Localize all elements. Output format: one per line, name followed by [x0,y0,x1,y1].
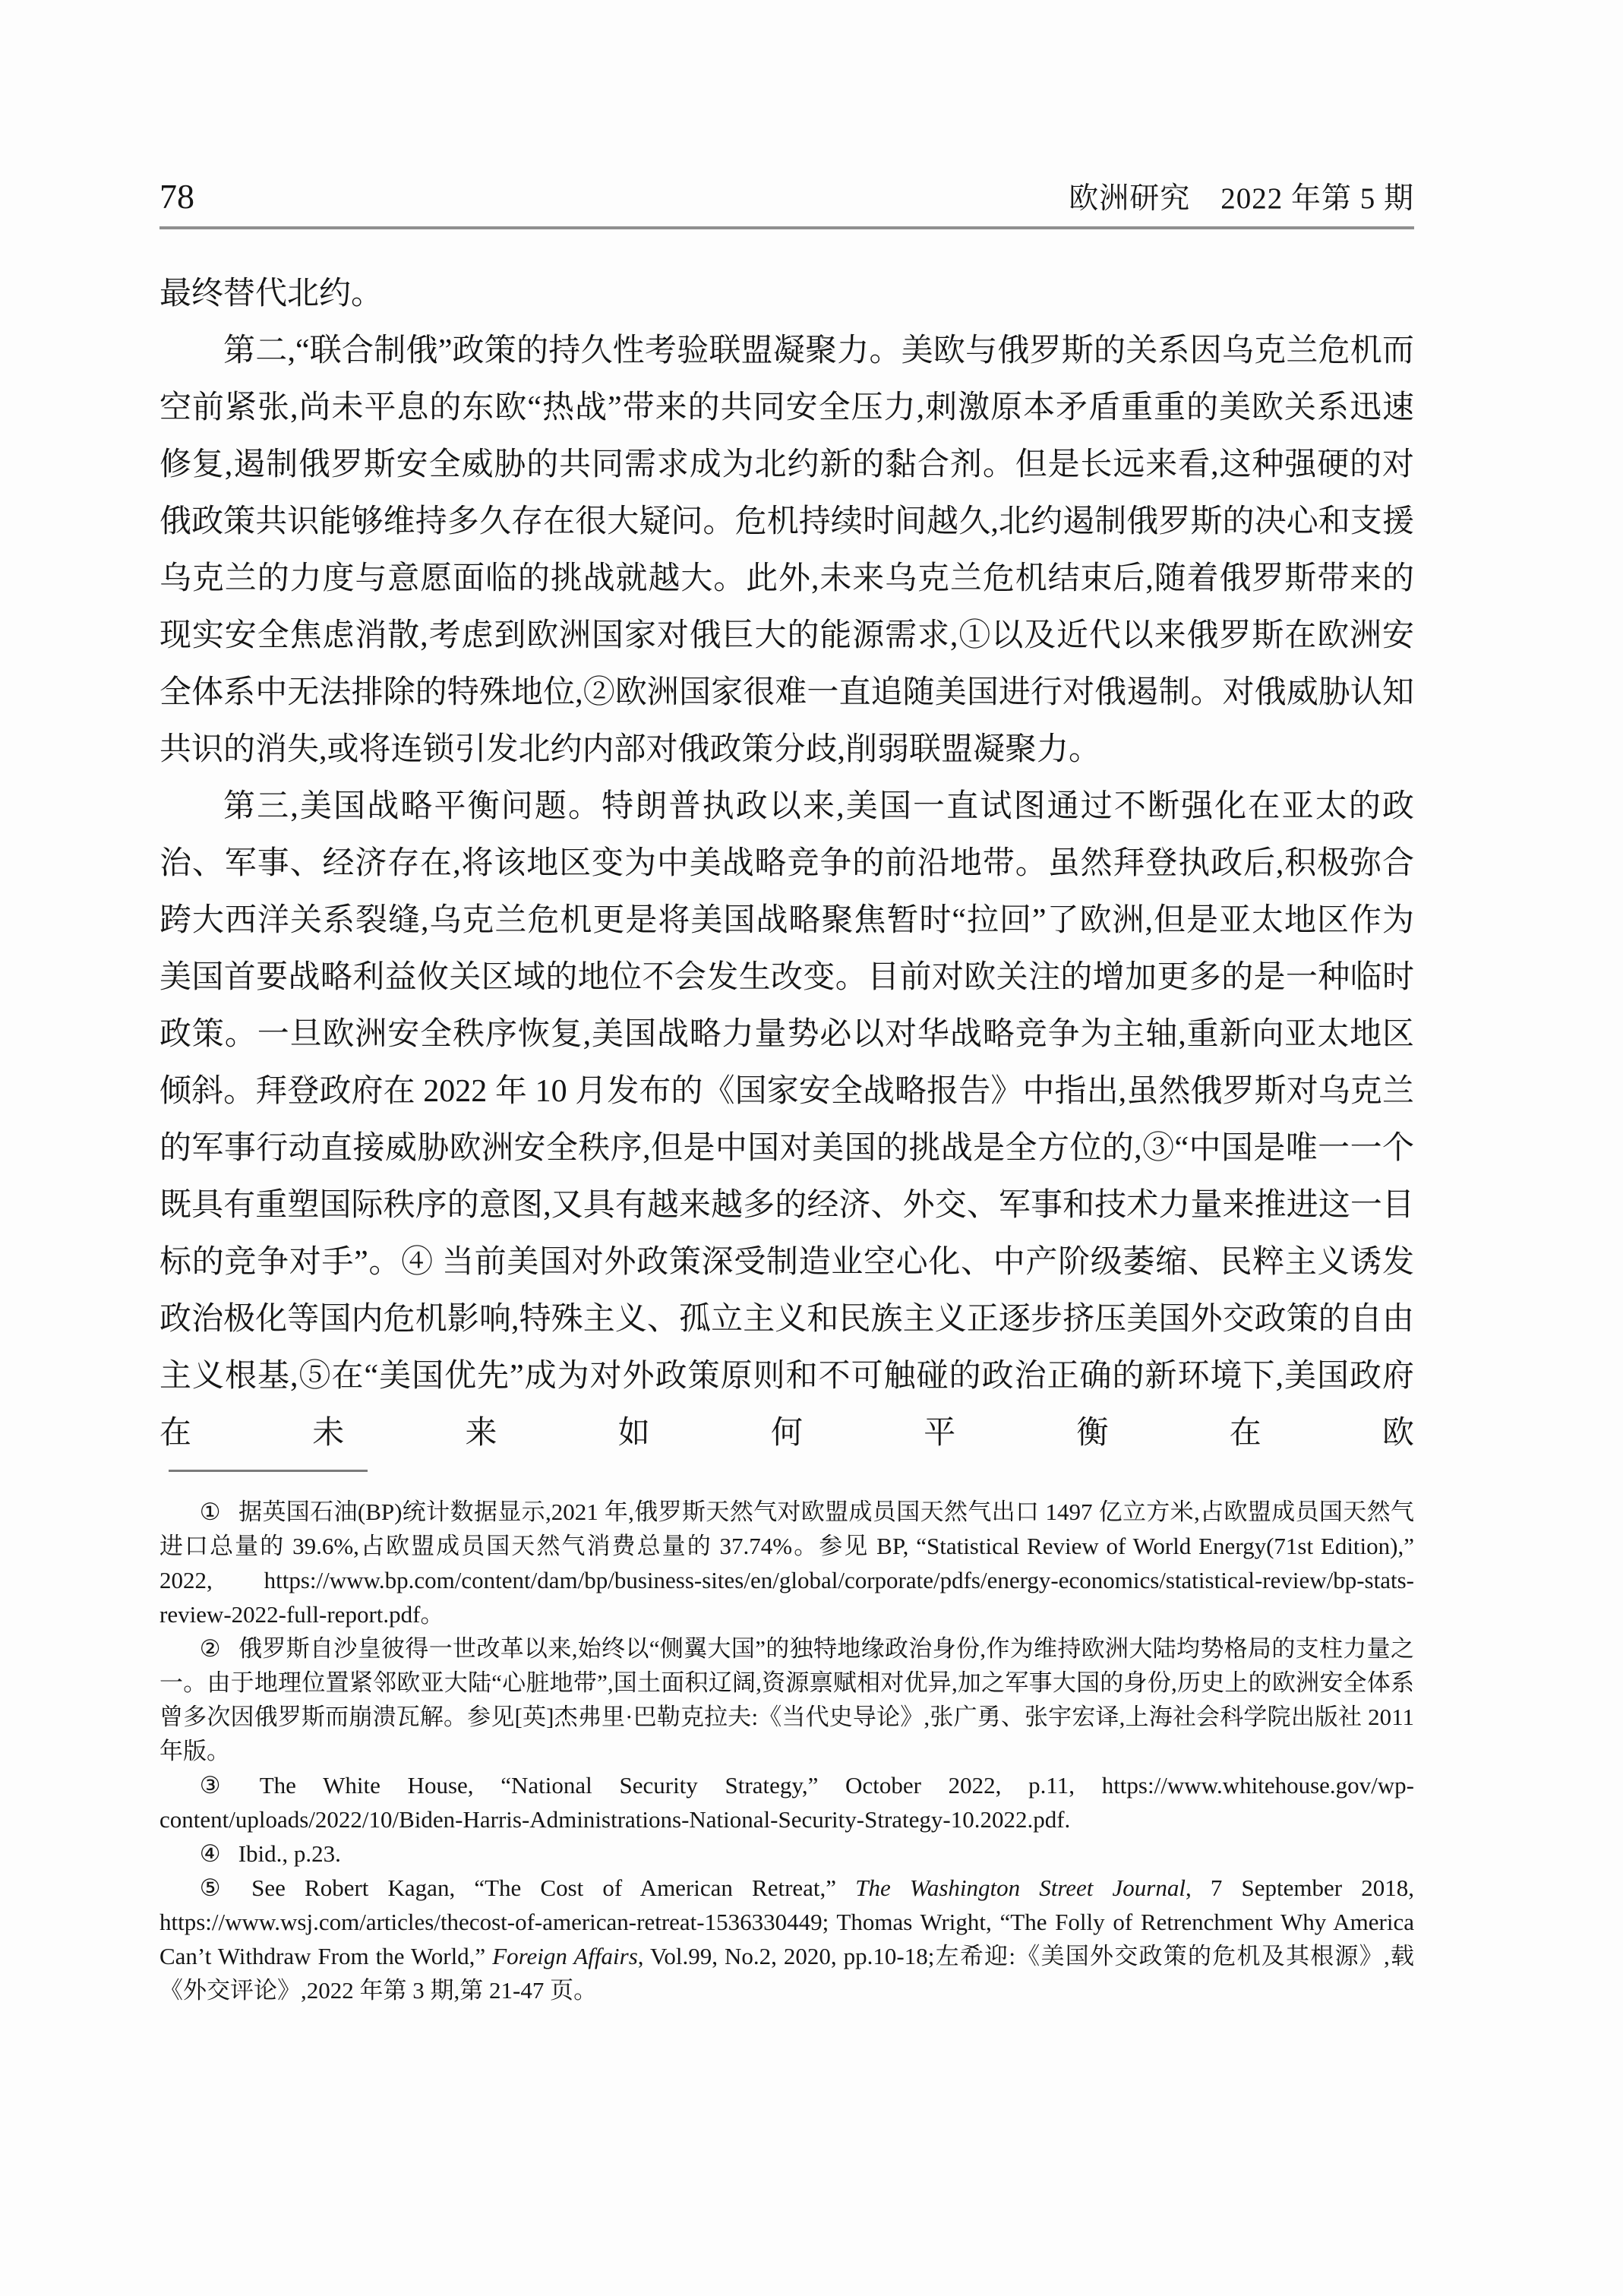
page-number: 78 [159,179,194,214]
footnote-marker: ① [200,1499,221,1525]
footnote-marker: ② [200,1635,221,1662]
journal-page: 78 欧洲研究 2022 年第 5 期 最终替代北约。第二,“联合制俄”政策的持… [0,0,1623,2296]
page-header: 78 欧洲研究 2022 年第 5 期 [159,0,1414,214]
footnote: ②俄罗斯自沙皇彼得一世改革以来,始终以“侧翼大国”的独特地缘政治身份,作为维持欧… [159,1631,1414,1768]
footnote-text: See Robert Kagan, “The Cost of American … [251,1874,855,1901]
footnote-text: Ibid., p.23. [238,1840,341,1867]
footnote: ③The White House, “National Security Str… [159,1768,1414,1836]
footnote: ④Ibid., p.23. [159,1836,1414,1871]
body-paragraph: 第二,“联合制俄”政策的持久性考验联盟凝聚力。美欧与俄罗斯的关系因乌克兰危机而空… [159,323,1414,778]
footnote-text: 俄罗斯自沙皇彼得一世改革以来,始终以“侧翼大国”的独特地缘政治身份,作为维持欧洲… [159,1635,1414,1764]
footnote-marker: ⑤ [200,1874,234,1901]
page-content: 78 欧洲研究 2022 年第 5 期 最终替代北约。第二,“联合制俄”政策的持… [159,0,1414,2007]
footnote-text-italic: Foreign Affairs [492,1943,638,1969]
article-body: 最终替代北约。第二,“联合制俄”政策的持久性考验联盟凝聚力。美欧与俄罗斯的关系因… [159,266,1414,1462]
footnote-marker: ④ [200,1840,221,1867]
header-rule [159,226,1414,229]
footnote: ⑤See Robert Kagan, “The Cost of American… [159,1871,1414,2007]
footnote-marker: ③ [200,1772,242,1799]
footnote-text: 据英国石油(BP)统计数据显示,2021 年,俄罗斯天然气对欧盟成员国天然气出口… [159,1499,1414,1628]
footnote: ①据英国石油(BP)统计数据显示,2021 年,俄罗斯天然气对欧盟成员国天然气出… [159,1495,1414,1631]
body-paragraph: 第三,美国战略平衡问题。特朗普执政以来,美国一直试图通过不断强化在亚太的政治、军… [159,778,1414,1462]
body-paragraph: 最终替代北约。 [159,266,1414,323]
footnote-text: The White House, “National Security Stra… [159,1772,1414,1833]
footnote-text-italic: The Washington Street Journal [855,1874,1186,1901]
journal-issue-info: 欧洲研究 2022 年第 5 期 [1069,184,1414,213]
footnotes-section: ①据英国石油(BP)统计数据显示,2021 年,俄罗斯天然气对欧盟成员国天然气出… [159,1495,1414,2007]
footnote-separator [169,1470,368,1472]
